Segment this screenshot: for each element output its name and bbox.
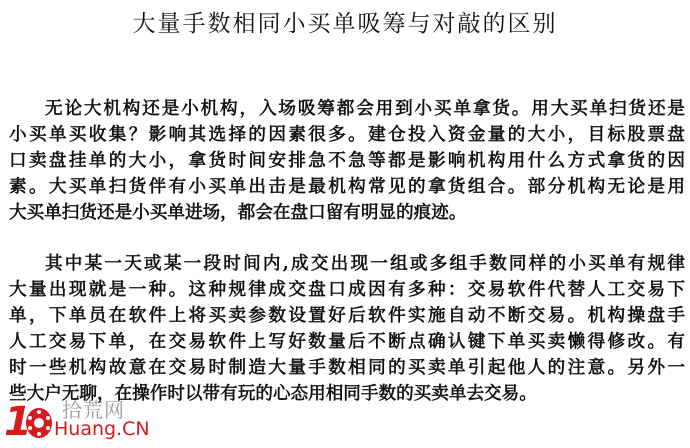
watermark-logo: 1 拾荒网 Huang.CN (4, 400, 174, 446)
watermark-domain: Huang.CN (54, 418, 150, 440)
paragraph-line: 口卖盘挂单的大小，拿货时间安排急不急等都是影响机构用什么方式拿货的因 (9, 148, 685, 174)
paragraph-line: 素。大买单扫货伴有小买单出击是最机构常见的拿货组合。部分机构无论是用 (9, 174, 685, 200)
paragraph-line: 其中某一天或某一段时间内,成交出现一组或多组手数同样的小买单有规律 (9, 251, 685, 277)
paragraph-line: 大量出现就是一种。这种规律成交盘口成因有多种：交易软件代替人工交易下 (9, 277, 685, 303)
paragraph-1: 无论大机构还是小机构，入场吸筹都会用到小买单拿货。用大买单扫货还是 小买单买收集… (9, 96, 685, 226)
paragraph-line: 时一些机构故意在交易时制造大量手数相同的买卖单引起他人的注意。另外一 (9, 355, 685, 381)
paragraph-2: 其中某一天或某一段时间内,成交出现一组或多组手数同样的小买单有规律 大量出现就是… (9, 251, 685, 407)
paragraph-line: 单，下单员在软件上将买卖参数设置好后软件实施自动不断交易。机构操盘手 (9, 303, 685, 329)
paragraph-line: 大买单扫货还是小买单进场，都会在盘口留有明显的痕迹。 (9, 200, 685, 226)
gear-icon (24, 406, 54, 440)
document-title: 大量手数相同小买单吸筹与对敲的区别 (0, 8, 690, 40)
paragraph-line: 小买单买收集？影响其选择的因素很多。建仓投入资金量的大小，目标股票盘 (9, 122, 685, 148)
paragraph-line: 人工交易下单，在交易软件上写好数量后不断点确认键下单买卖懒得修改。有 (9, 329, 685, 355)
paragraph-line: 无论大机构还是小机构，入场吸筹都会用到小买单拿货。用大买单扫货还是 (9, 96, 685, 122)
